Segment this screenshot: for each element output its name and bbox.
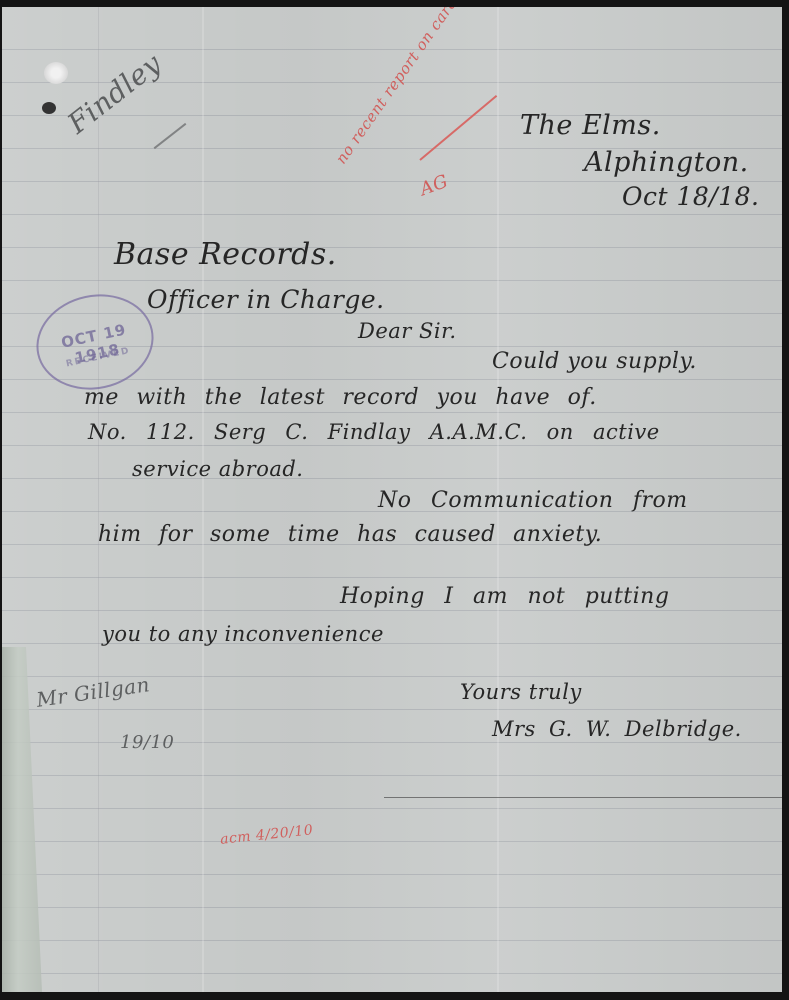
signature-underline xyxy=(384,797,782,798)
received-stamp: OCT 19 1918 RECEIVED xyxy=(28,284,163,400)
body-line-7: Hoping I am not putting xyxy=(340,584,669,609)
body-line-1: Could you supply. xyxy=(492,349,697,374)
annotation-red-note: no recent report on cards xyxy=(332,7,466,167)
margin-line xyxy=(98,7,99,992)
annotation-findley: Findley xyxy=(61,47,167,140)
address-line-2: Alphington. xyxy=(584,147,749,178)
annotation-red-initials: AG xyxy=(417,171,451,200)
letter-date: Oct 18/18. xyxy=(622,182,759,211)
pencil-stroke xyxy=(154,123,187,149)
recipient-line-1: Base Records. xyxy=(114,237,337,272)
punch-hole xyxy=(42,102,56,114)
address-line-1: The Elms. xyxy=(520,110,661,141)
punch-hole xyxy=(44,62,68,84)
signature: Mrs G. W. Delbridge. xyxy=(492,717,742,741)
body-line-3: No. 112. Serg C. Findlay A.A.M.C. on act… xyxy=(88,420,660,444)
body-line-8: you to any inconvenience xyxy=(102,622,384,646)
paper-fold xyxy=(202,7,204,992)
body-line-5: No Communication from xyxy=(378,488,688,513)
closing: Yours truly xyxy=(460,680,582,704)
red-underline xyxy=(419,95,497,161)
body-line-4: service abroad. xyxy=(132,457,303,481)
body-line-6: him for some time has caused anxiety. xyxy=(98,522,602,547)
body-line-2: me with the latest record you have of. xyxy=(84,385,597,410)
salutation: Dear Sir. xyxy=(358,319,457,343)
letter-page: Findley no recent report on cards AG The… xyxy=(2,7,782,992)
annotation-mr-gillgan: Mr Gillgan xyxy=(35,672,151,712)
recipient-line-2: Officer in Charge. xyxy=(147,285,385,314)
annotation-pencil-date: 19/10 xyxy=(120,732,174,753)
annotation-red-bottom: acm 4/20/10 xyxy=(219,822,314,848)
